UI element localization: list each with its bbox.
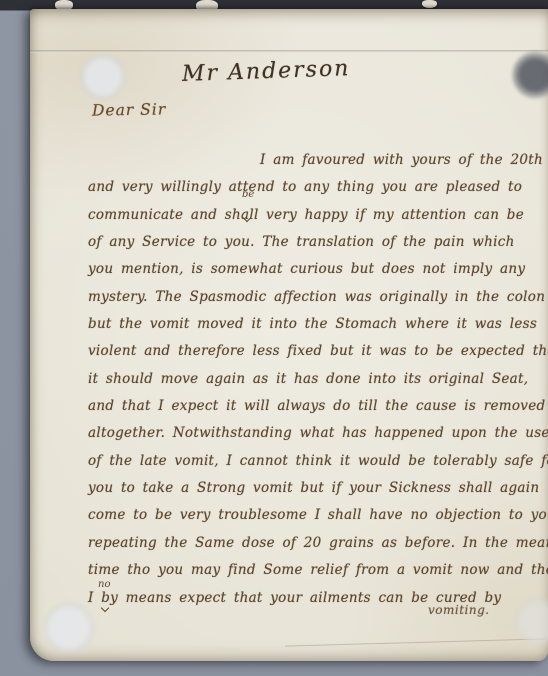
bottom-crease-line [285,638,545,646]
torn-paper-fragment [422,0,437,8]
letter-line: I am favoured with yours of the 20th ins… [88,147,544,174]
document-scan: Mr Anderson Dear Sir I am favoured with … [0,0,548,676]
interlinear-insertion: no [98,579,110,590]
interlinear-insertion: be [242,189,254,200]
letter-line: altogether. Notwithstanding what has hap… [88,420,544,447]
letter-line: time tho you may find Some relief from a… [88,557,544,584]
letter-line: but the vomit moved it into the Stomach … [88,311,544,338]
letter-line: of the late vomit, I cannot think it wou… [88,448,544,475]
letter-line: you to take a Strong vomit but if your S… [88,475,544,502]
letter-line: and very willingly attend to any thing y… [88,174,544,201]
letter-catchword: vomiting. [428,603,490,617]
letter-line: you mention, is somewhat curious but doe… [88,256,544,283]
letter-page: Mr Anderson Dear Sir I am favoured with … [30,9,548,661]
letter-line: come to be very troublesome I shall have… [88,502,544,529]
letter-line: violent and therefore less fixed but it … [88,338,544,365]
letter-line: it should move again as it has done into… [88,366,544,393]
letter-line: communicate and shall very happy if my a… [88,202,544,229]
letter-body: I am favoured with yours of the 20th ins… [88,147,544,612]
adhesive-smudge [512,51,548,99]
adhesive-smudge [80,54,126,100]
letter-addressee: Mr Anderson [182,56,351,87]
letter-line: and that I expect it will always do till… [88,393,544,420]
fold-crease-line [30,50,548,53]
letter-line: repeating the Same dose of 20 grains as … [88,530,544,557]
letter-line: mystery. The Spasmodic affection was ori… [88,284,544,311]
letter-line: of any Service to you. The translation o… [88,229,544,256]
letter-salutation: Dear Sir [92,100,166,119]
